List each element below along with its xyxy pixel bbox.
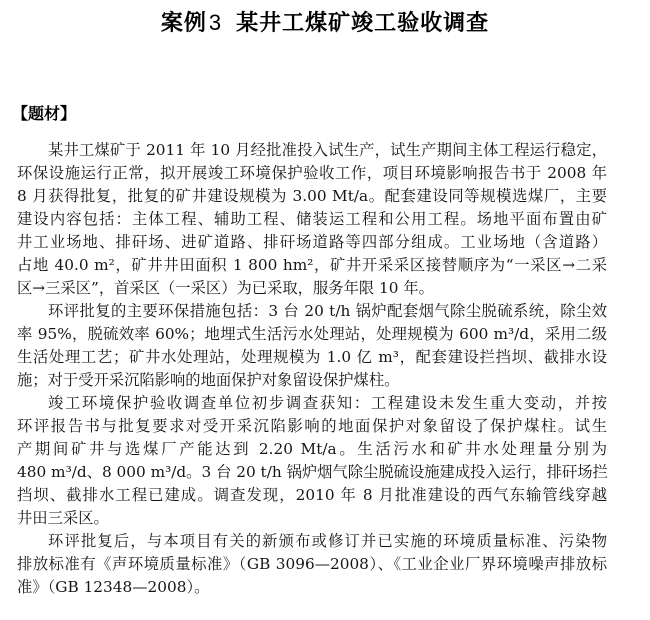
paragraph-2: 环评批复的主要环保措施包括：3 台 20 t/h 锅炉配套烟气除尘脱硫系统，除尘… <box>17 300 607 392</box>
text-line: 环评批复后，与本项目有关的新颁布或修订并已实施的环境质量标准、污染物 <box>17 530 607 553</box>
text-line: 产期间矿井与选煤厂产能达到 2.20 Mt/a。生活污水和矿井水处理量分别为 <box>17 438 607 461</box>
text-line: 井田三采区。 <box>17 507 607 530</box>
text-line: 率 95%，脱硫效率 60%；地埋式生活污水处理站，处理规模为 600 m³/d… <box>17 323 607 346</box>
section-heading: 【题材】 <box>12 101 76 124</box>
text-line: 准》（GB 12348—2008）。 <box>17 576 607 599</box>
case-number: 3 <box>209 10 222 35</box>
text-line: 某井工煤矿于 2011 年 10 月经批准投入试生产，试生产期间主体工程运行稳定… <box>17 139 607 162</box>
text-line: 井工业场地、排矸场、进矿道路、排矸场道路等四部分组成。工业场地（含道路） <box>17 231 607 254</box>
text-line: 挡坝、截排水工程已建成。调查发现，2010 年 8 月批准建设的西气东输管线穿越 <box>17 484 607 507</box>
case-label: 案例 <box>161 11 207 36</box>
text-line: 生活处理工艺；矿井水处理站，处理规模为 1.0 亿 m³，配套建设拦挡坝、截排水… <box>17 346 607 369</box>
text-line: 竣工环境保护验收调查单位初步调查获知：工程建设未发生重大变动，并按 <box>17 392 607 415</box>
page-title: 案例3某井工煤矿竣工验收调查 <box>0 6 650 37</box>
text-line: 排放标准有《声环境质量标准》（GB 3096—2008）、《工业企业厂界环境噪声… <box>17 553 607 576</box>
text-line: 8 月获得批复，批复的矿井建设规模为 3.00 Mt/a。配套建设同等规模选煤厂… <box>17 185 607 208</box>
text-line: 环保设施运行正常，拟开展竣工环境保护验收工作，项目环境影响报告书于 2008 年 <box>17 162 607 185</box>
text-line: 占地 40.0 m²，矿井井田面积 1 800 hm²，矿井开采采区接替顺序为“… <box>17 254 607 277</box>
case-body: 某井工煤矿于 2011 年 10 月经批准投入试生产，试生产期间主体工程运行稳定… <box>17 139 607 599</box>
text-line: 环评报告书与批复要求对受开采沉陷影响的地面保护对象留设了保护煤柱。试生 <box>17 415 607 438</box>
text-line: 480 m³/d、8 000 m³/d。3 台 20 t/h 锅炉烟气除尘脱硫设… <box>17 461 607 484</box>
text-line: 建设内容包括：主体工程、辅助工程、储装运工程和公用工程。场地平面布置由矿 <box>17 208 607 231</box>
paragraph-3: 竣工环境保护验收调查单位初步调查获知：工程建设未发生重大变动，并按 环评报告书与… <box>17 392 607 530</box>
text-line: 区→三采区”，首采区（一采区）为已采取，服务年限 10 年。 <box>17 277 607 300</box>
text-line: 环评批复的主要环保措施包括：3 台 20 t/h 锅炉配套烟气除尘脱硫系统，除尘… <box>17 300 607 323</box>
text-line: 施；对于受开采沉陷影响的地面保护对象留设保护煤柱。 <box>17 369 607 392</box>
paragraph-4: 环评批复后，与本项目有关的新颁布或修订并已实施的环境质量标准、污染物 排放标准有… <box>17 530 607 599</box>
paragraph-1: 某井工煤矿于 2011 年 10 月经批准投入试生产，试生产期间主体工程运行稳定… <box>17 139 607 300</box>
case-title-text: 某井工煤矿竣工验收调查 <box>236 11 489 36</box>
